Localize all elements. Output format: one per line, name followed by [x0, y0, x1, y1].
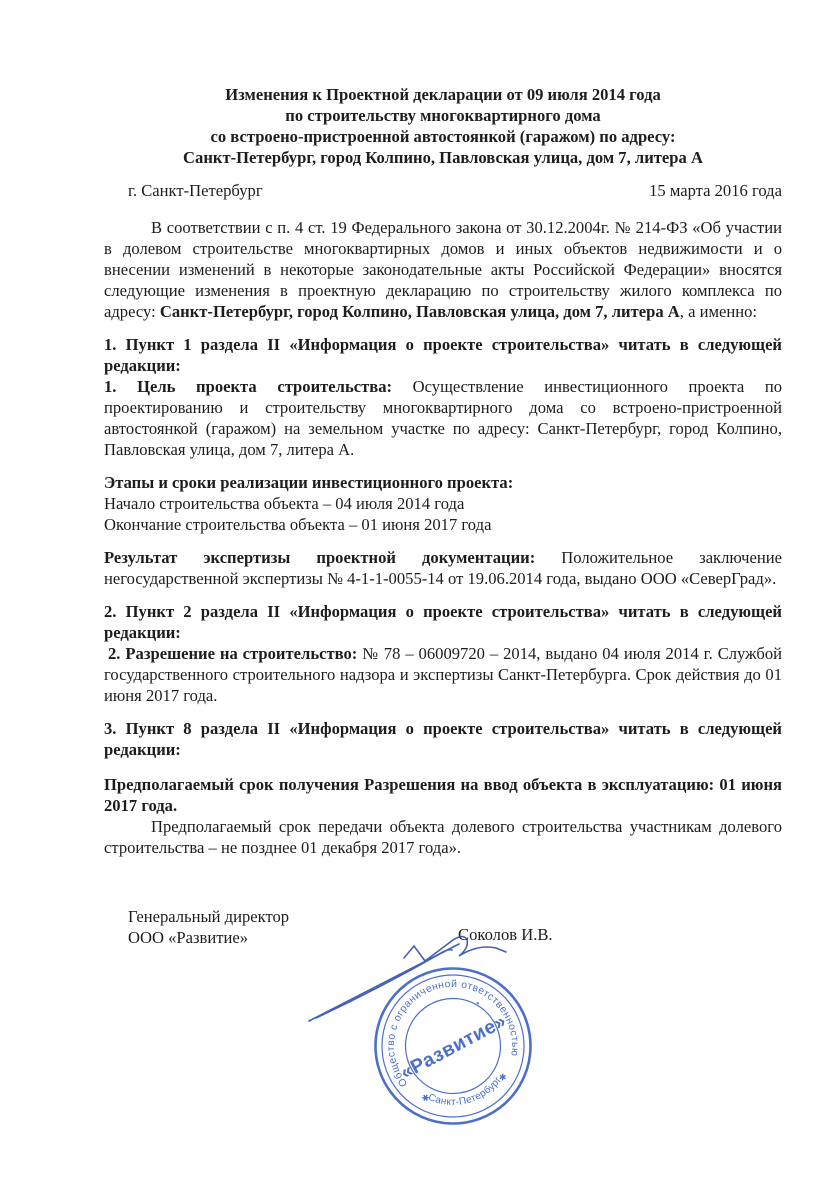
signatory-name: Соколов И.В. [458, 924, 553, 945]
document-page: Изменения к Проектной декларации от 09 и… [0, 0, 832, 1184]
stages-heading: Этапы и сроки реализации инвестиционного… [104, 472, 782, 493]
section-2-item: 2. Разрешение на строительство: № 78 – 0… [104, 643, 782, 706]
signature-stroke-companion [316, 950, 452, 1018]
title-line-2: по строительству многоквартирного дома [104, 105, 782, 126]
document-title: Изменения к Проектной декларации от 09 и… [104, 84, 782, 168]
title-line-1: Изменения к Проектной декларации от 09 и… [104, 84, 782, 105]
expertise-label: Результат экспертизы проектной документа… [104, 548, 561, 567]
stamp-star-right: ✱ [497, 1071, 509, 1083]
section-3-heading: 3. Пункт 8 раздела II «Информация о прое… [104, 718, 782, 760]
transfer-deadline-paragraph: Предполагаемый срок передачи объекта дол… [104, 816, 782, 858]
company-stamp: Общество с ограниченной ответственностью… [368, 961, 538, 1131]
stamp-middle-circle [368, 961, 538, 1131]
stamp-ink-dot [476, 1002, 479, 1005]
stages-block: Этапы и сроки реализации инвестиционного… [104, 472, 782, 535]
title-line-4: Санкт-Петербург, город Колпино, Павловск… [104, 147, 782, 168]
intro-paragraph: В соответствии с п. 4 ст. 19 Федеральног… [104, 217, 782, 322]
signature-block: Генеральный директор ООО «Развитие» Соко… [104, 906, 782, 950]
stamp-center-text: «Развитие» [397, 1010, 510, 1084]
signatory-company: ООО «Развитие» [128, 927, 782, 948]
intro-text-end: , а именно: [680, 302, 757, 321]
stamp-outer-circle [368, 961, 538, 1131]
stamp-inner-circle [395, 988, 511, 1104]
signature-stroke-long [309, 944, 459, 1021]
city-date-row: г. Санкт-Петербург 15 марта 2016 года [104, 180, 782, 201]
stamp-ring-text-top: Общество с ограниченной ответственностью [371, 964, 525, 1090]
section-2-item-label: 2. Разрешение на строительство: [108, 644, 362, 663]
section-1-heading: 1. Пункт 1 раздела II «Информация о прое… [104, 334, 782, 376]
section-1-item-label: 1. Цель проекта строительства: [104, 377, 413, 396]
intro-address-bold: Санкт-Петербург, город Колпино, Павловск… [160, 302, 680, 321]
expertise-paragraph: Результат экспертизы проектной документа… [104, 547, 782, 589]
document-content: Изменения к Проектной декларации от 09 и… [104, 84, 782, 950]
title-line-3: со встроено-пристроенной автостоянкой (г… [104, 126, 782, 147]
stamp-star-left: ✱ [420, 1092, 431, 1104]
city-label: г. Санкт-Петербург [128, 180, 263, 201]
stages-start-line: Начало строительства объекта – 04 июля 2… [104, 493, 782, 514]
signatory-position: Генеральный директор [128, 906, 782, 927]
stamp-ring-text-bottom: Санкт-Петербург [424, 1073, 508, 1117]
stages-finish-line: Окончание строительства объекта – 01 июн… [104, 514, 782, 535]
date-label: 15 марта 2016 года [649, 180, 782, 201]
section-2-heading: 2. Пункт 2 раздела II «Информация о прое… [104, 601, 782, 643]
section-1-item: 1. Цель проекта строительства: Осуществл… [104, 376, 782, 460]
commissioning-deadline-paragraph: Предполагаемый срок получения Разрешения… [104, 774, 782, 816]
